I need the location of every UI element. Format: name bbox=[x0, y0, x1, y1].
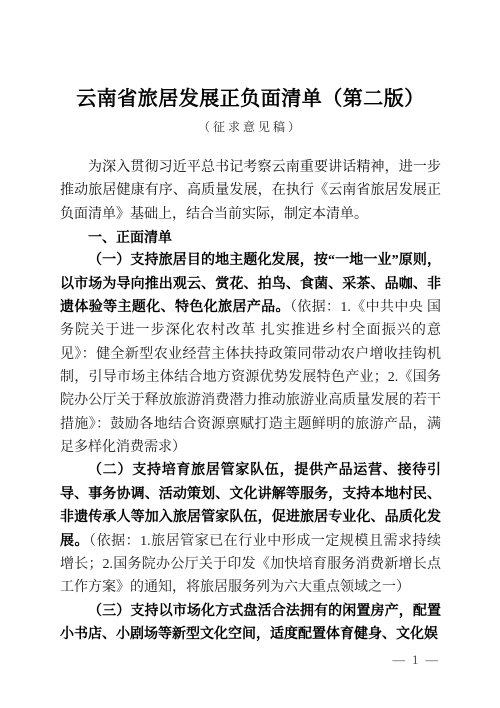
list-item-2: （二）支持培育旅居管家队伍，提供产品运营、接待引导、事务协调、活动策划、文化讲解… bbox=[60, 459, 441, 599]
list-item-2-basis: （依据：1.旅居管家已在行业中形成一定规模且需求持续增长；2.国务院办公厅关于印… bbox=[60, 534, 441, 596]
document-title: 云南省旅居发展正负面清单（第二版） bbox=[60, 86, 441, 112]
section-heading-positive-list: 一、正面清单 bbox=[60, 226, 441, 249]
document-body: 为深入贯彻习近平总书记考察云南重要讲话精神，进一步推动旅居健康有序、高质量发展，… bbox=[60, 156, 441, 646]
list-item-3-lead: （三）支持以市场化方式盘活合法拥有的闲置房产，配置小书店、小剧场等新型文化空间，… bbox=[60, 604, 441, 642]
document-page: 云南省旅居发展正负面清单（第二版） （征求意见稿） 为深入贯彻习近平总书记考察云… bbox=[0, 0, 500, 708]
list-item-1-basis: （依据：1.《中共中央 国务院关于进一步深化农村改革 扎实推进乡村全面振兴的意见… bbox=[60, 300, 441, 455]
list-item-1: （一）支持旅居目的地主题化发展，按“一地一业”原则，以市场为导向推出观云、赏花、… bbox=[60, 249, 441, 459]
document-subtitle: （征求意见稿） bbox=[60, 119, 441, 135]
intro-paragraph: 为深入贯彻习近平总书记考察云南重要讲话精神，进一步推动旅居健康有序、高质量发展，… bbox=[60, 156, 441, 226]
page-number: — 1 — bbox=[393, 653, 441, 668]
list-item-3: （三）支持以市场化方式盘活合法拥有的闲置房产，配置小书店、小剧场等新型文化空间，… bbox=[60, 600, 441, 647]
document-content: 云南省旅居发展正负面清单（第二版） （征求意见稿） 为深入贯彻习近平总书记考察云… bbox=[60, 86, 441, 646]
